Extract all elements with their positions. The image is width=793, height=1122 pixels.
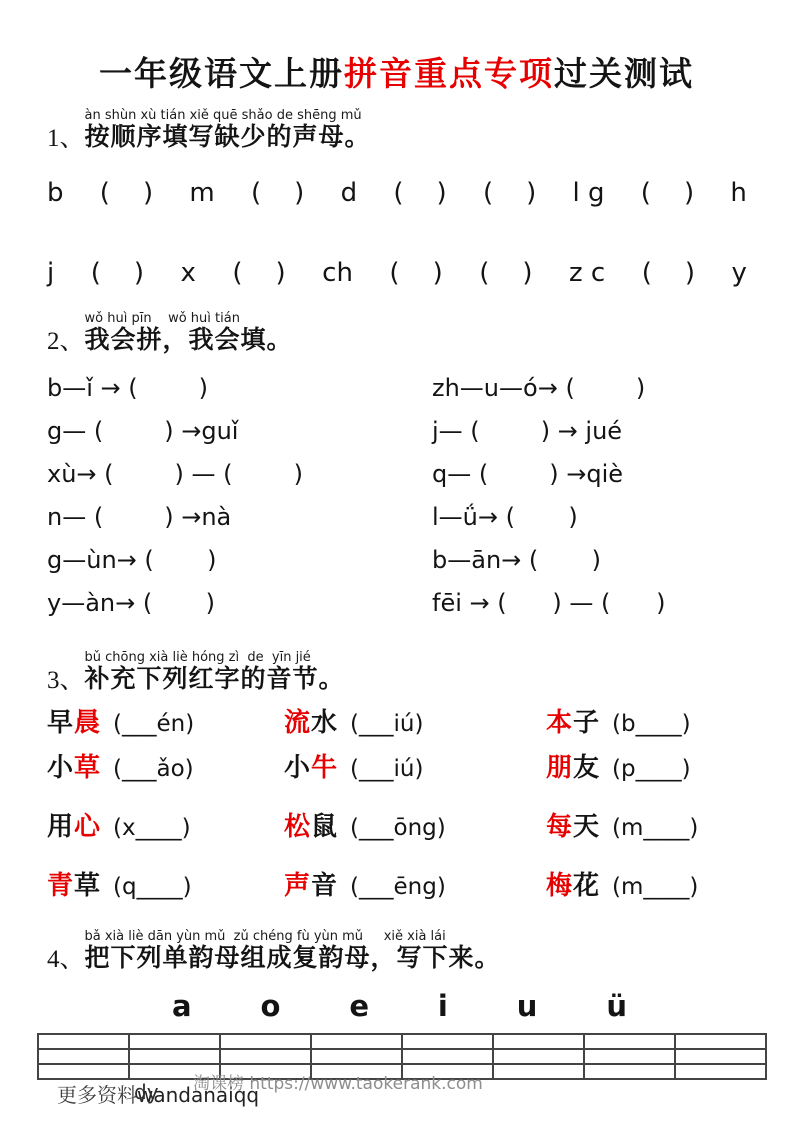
answer-cell	[402, 1049, 493, 1064]
spell-row: j— ( ) → jué	[432, 410, 666, 453]
initials-token: z c	[569, 258, 605, 288]
initials-token: ( )	[642, 258, 695, 288]
spell-row: q— ( ) →qiè	[432, 453, 666, 496]
syllable-blank: (x____)	[113, 815, 191, 841]
syllable-blank: (___iú)	[350, 711, 423, 737]
vowel-letter: u	[517, 989, 538, 1023]
answer-cell	[493, 1064, 584, 1079]
spell-row: y—àn→ ( )	[47, 582, 432, 625]
answer-cell	[311, 1034, 402, 1049]
section-2-heading: 2、 wǒ huì pīn wǒ huì tián 我会拼，我会填。	[47, 312, 793, 355]
word-item: 流水(___iú)	[284, 702, 546, 747]
spell-right-column: zh—u—ó→ ( )j— ( ) → juéq— ( ) →qièl—ǘ→ (…	[432, 367, 666, 625]
initials-row-1: b( )m( )d( )( )l g( )h	[47, 178, 747, 208]
initials-token: ( )	[393, 178, 446, 208]
answer-cell	[402, 1034, 493, 1049]
section-compound-finals: 4、 bǎ xià liè dān yùn mǔ zǔ chéng fù yùn…	[0, 930, 793, 1080]
answer-cell	[584, 1049, 675, 1064]
syllable-blank: (___én)	[113, 711, 194, 737]
word-item: 松鼠(___ōng)	[284, 806, 546, 851]
word-item: 梅花(m____)	[546, 865, 793, 910]
section-number: 2、	[47, 329, 85, 355]
syllable-blank: (b____)	[612, 711, 691, 737]
red-character: 晨	[74, 708, 101, 738]
section-4-heading: 4、 bǎ xià liè dān yùn mǔ zǔ chéng fù yùn…	[47, 930, 793, 973]
answer-cell	[675, 1064, 766, 1079]
initials-token: ( )	[100, 178, 153, 208]
initials-token: l g	[573, 178, 605, 208]
section-number: 3、	[47, 668, 85, 694]
red-character: 每	[546, 812, 573, 842]
syllable-blank: (m____)	[612, 815, 698, 841]
spell-row: b—ān→ ( )	[432, 539, 666, 582]
vowel-letters-row: aoeiuü	[172, 989, 627, 1023]
syllable-blank: (p____)	[612, 756, 691, 782]
initials-token: ( )	[232, 258, 285, 288]
word-item: 青草(q____)	[47, 865, 284, 910]
answer-cell	[493, 1049, 584, 1064]
answer-cell	[129, 1034, 220, 1049]
spell-row: fēi → ( ) — ( )	[432, 582, 666, 625]
red-character: 本	[546, 708, 573, 738]
word-item: 朋友(p____)	[546, 747, 793, 792]
section-spelling: 2、 wǒ huì pīn wǒ huì tián 我会拼，我会填。 b—ǐ →…	[0, 312, 793, 625]
initials-token: ( )	[641, 178, 694, 208]
answer-cell	[584, 1064, 675, 1079]
word-item: 本子(b____)	[546, 702, 793, 747]
initials-token: ( )	[483, 178, 536, 208]
vowel-letter: o	[260, 989, 280, 1023]
answer-cell	[38, 1034, 129, 1049]
initials-token: ( )	[479, 258, 532, 288]
footer-left-prefix: 更多资料	[57, 1083, 137, 1107]
initials-token: m	[189, 178, 214, 208]
section-1-heading: 1、 àn shùn xù tián xiě quē shǎo de shēng…	[47, 109, 793, 152]
red-character: 朋	[546, 753, 573, 783]
initials-token: ( )	[251, 178, 304, 208]
heading-text: 我会拼，我会填。	[85, 326, 293, 355]
title-highlight: 拼音重点专项	[344, 54, 554, 93]
answer-cell	[38, 1064, 129, 1079]
vowel-letter: a	[172, 989, 192, 1023]
section-initials: 1、 àn shùn xù tián xiě quē shǎo de shēng…	[0, 109, 793, 288]
answer-cell	[493, 1034, 584, 1049]
footer-link[interactable]: 淘课榜 https://www.taokerank.com	[193, 1069, 483, 1094]
spell-row: n— ( ) →nà	[47, 496, 432, 539]
answer-cell	[129, 1049, 220, 1064]
syllable-blank: (___ǎo)	[113, 756, 194, 782]
spell-row: b—ǐ → ( )	[47, 367, 432, 410]
spell-row: g—ùn→ ( )	[47, 539, 432, 582]
syllable-blank: (___ōng)	[350, 815, 446, 841]
red-character: 声	[284, 871, 311, 901]
red-character: 草	[74, 753, 101, 783]
initials-token: d	[341, 178, 358, 208]
initials-token: h	[730, 178, 746, 208]
red-character: 牛	[311, 753, 338, 783]
heading-pinyin: bǎ xià liè dān yùn mǔ zǔ chéng fù yùn mǔ…	[85, 930, 501, 944]
syllable-blank: (___ēng)	[350, 874, 446, 900]
initials-token: ch	[322, 258, 353, 288]
heading-text: 补充下列红字的音节。	[85, 665, 345, 694]
spell-row: zh—u—ó→ ( )	[432, 367, 666, 410]
answer-cell	[311, 1049, 402, 1064]
title-prefix: 一年级语文上册	[99, 54, 344, 93]
vowel-letter: i	[438, 989, 448, 1023]
word-item: 用心(x____)	[47, 806, 284, 851]
answer-cell	[675, 1034, 766, 1049]
answer-cell	[584, 1034, 675, 1049]
vowel-letter: e	[349, 989, 369, 1023]
red-character: 心	[74, 812, 101, 842]
section-red-characters: 3、 bǔ chōng xià liè hóng zì de yīn jié 补…	[0, 651, 793, 910]
word-item: 小草(___ǎo)	[47, 747, 284, 792]
page-title: 一年级语文上册拼音重点专项过关测试	[0, 48, 793, 95]
section-3-heading: 3、 bǔ chōng xià liè hóng zì de yīn jié 补…	[47, 651, 793, 694]
initials-token: ( )	[91, 258, 144, 288]
initials-token: ( )	[389, 258, 442, 288]
answer-cell	[675, 1049, 766, 1064]
section-number: 4、	[47, 947, 85, 973]
word-item: 声音(___ēng)	[284, 865, 546, 910]
section-number: 1、	[47, 126, 85, 152]
red-character: 流	[284, 708, 311, 738]
initials-row-2: j( )x( )ch( )( )z c( )y	[47, 258, 747, 288]
worksheet-page: 一年级语文上册拼音重点专项过关测试 1、 àn shùn xù tián xiě…	[0, 0, 793, 1122]
word-item: 小牛(___iú)	[284, 747, 546, 792]
spell-row: l—ǘ→ ( )	[432, 496, 666, 539]
red-character: 松	[284, 812, 311, 842]
heading-pinyin: àn shùn xù tián xiě quē shǎo de shēng mǔ	[85, 109, 371, 123]
spell-left-column: b—ǐ → ( )g— ( ) →guǐxù→ ( ) — ( )n— ( ) …	[47, 367, 432, 625]
word-item: 每天(m____)	[546, 806, 793, 851]
syllable-blank: (m____)	[612, 874, 698, 900]
initials-token: b	[47, 178, 64, 208]
syllable-blank: (___iú)	[350, 756, 423, 782]
word-item: 早晨(___én)	[47, 702, 284, 747]
spell-row: xù→ ( ) — ( )	[47, 453, 432, 496]
red-char-grid: 早晨(___én)流水(___iú)本子(b____)小草(___ǎo)小牛(_…	[47, 702, 793, 910]
footer-overlap-text: dy	[134, 1080, 159, 1104]
heading-text: 按顺序填写缺少的声母。	[85, 123, 371, 152]
spell-row: g— ( ) →guǐ	[47, 410, 432, 453]
heading-text: 把下列单韵母组成复韵母，写下来。	[85, 944, 501, 973]
initials-token: y	[732, 258, 747, 288]
answer-cell	[220, 1049, 311, 1064]
answer-cell	[220, 1034, 311, 1049]
initials-token: j	[47, 258, 54, 288]
red-character: 梅	[546, 871, 573, 901]
initials-token: x	[181, 258, 196, 288]
red-character: 青	[47, 871, 74, 901]
answer-cell	[38, 1049, 129, 1064]
heading-pinyin: bǔ chōng xià liè hóng zì de yīn jié	[85, 651, 345, 665]
vowel-letter: ü	[606, 989, 627, 1023]
heading-pinyin: wǒ huì pīn wǒ huì tián	[85, 312, 293, 326]
syllable-blank: (q____)	[113, 874, 192, 900]
title-suffix: 过关测试	[554, 54, 694, 93]
